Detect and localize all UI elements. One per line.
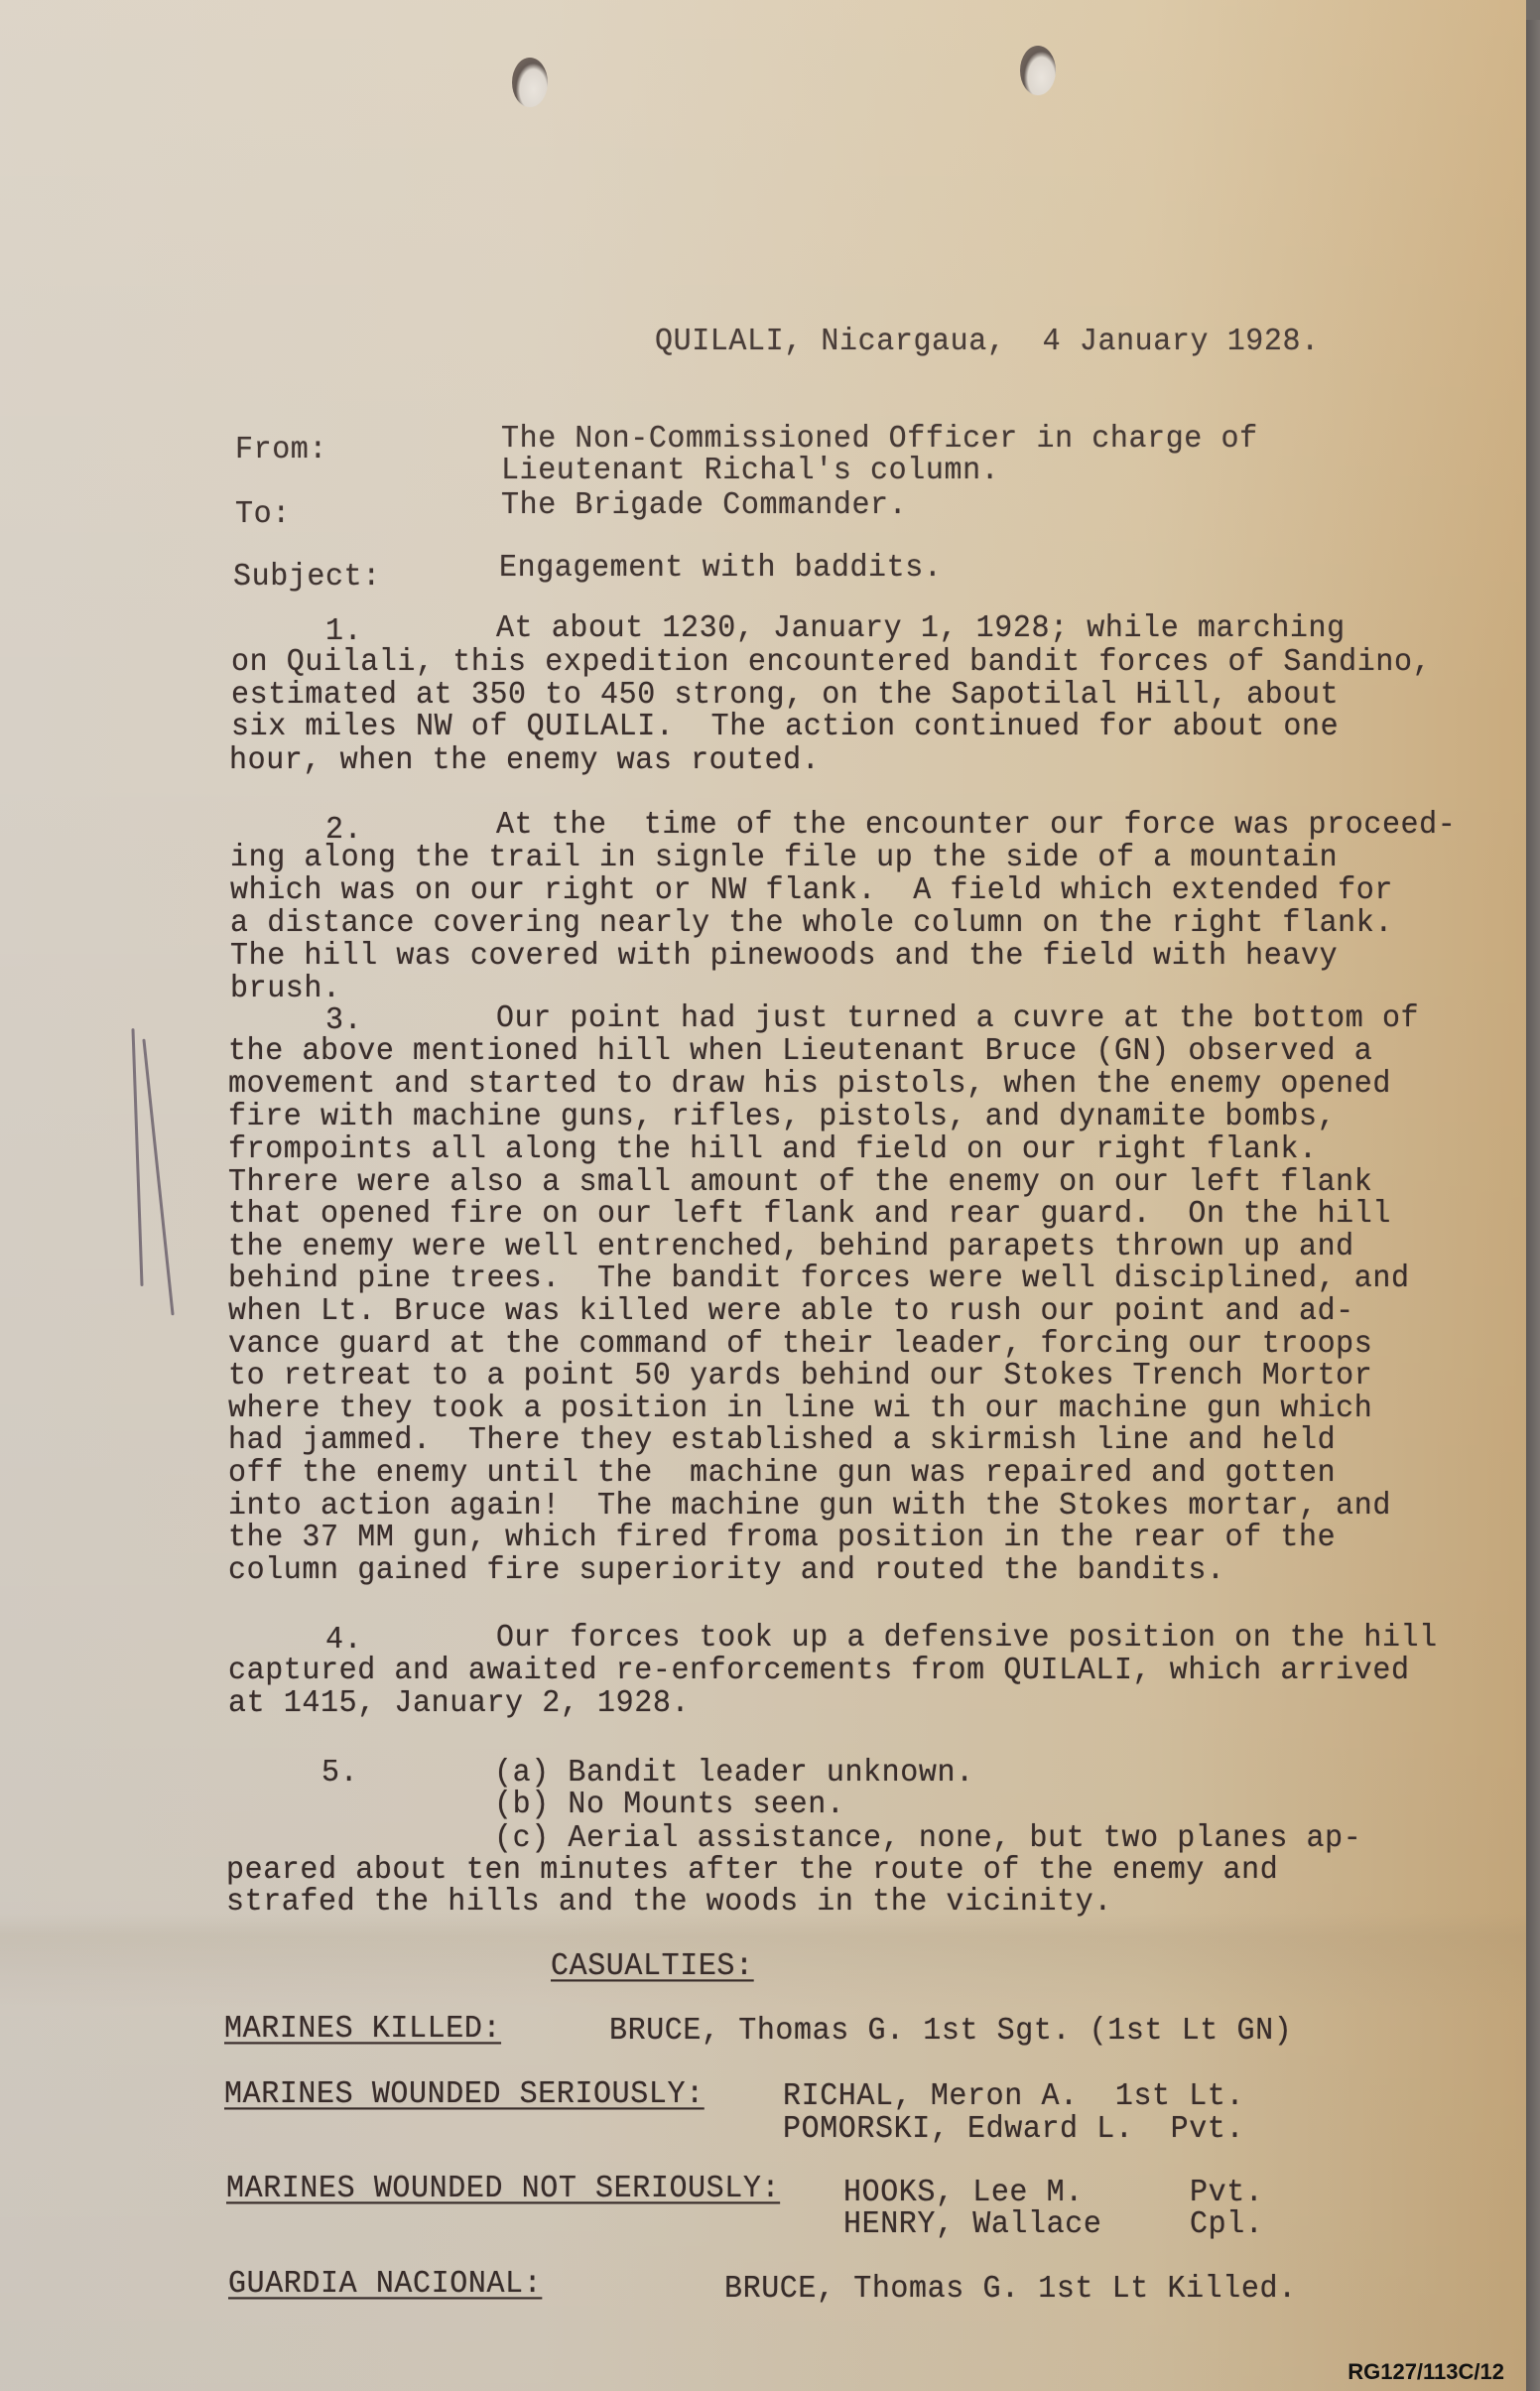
paragraph-1-number: 1. xyxy=(325,615,362,649)
casualty-entry-rank: Cpl. xyxy=(1190,2208,1263,2242)
paragraph-2-line: a distance covering nearly the whole col… xyxy=(230,907,1393,941)
marines-killed-label: MARINES KILLED: xyxy=(224,2013,501,2047)
paragraph-3-line: had jammed. There they established a ski… xyxy=(228,1424,1336,1458)
paragraph-5-item-c-continued: strafed the hills and the woods in the v… xyxy=(226,1886,1112,1920)
punch-hole-right xyxy=(1020,46,1056,95)
paragraph-3-line: the 37 MM gun, which fired froma positio… xyxy=(228,1522,1336,1555)
paragraph-5-item-c-continued: peared about ten minutes after the route… xyxy=(226,1854,1278,1888)
from-value-line2: Lieutenant Richal's column. xyxy=(501,455,999,488)
paragraph-3-line: the above mentioned hill when Lieutenant… xyxy=(228,1035,1372,1069)
paragraph-1-line: hour, when the enemy was routed. xyxy=(229,744,820,778)
paragraph-3-line: movement and started to draw his pistols… xyxy=(228,1068,1391,1102)
subject-label: Subject: xyxy=(233,561,381,595)
paragraph-4-line: Our forces took up a defensive position … xyxy=(496,1622,1438,1656)
marines-wounded-seriously-label: MARINES WOUNDED SERIOUSLY: xyxy=(224,2078,705,2112)
paragraph-2-line: The hill was covered with pinewoods and … xyxy=(230,940,1338,974)
casualty-entry-name: HOOKS, Lee M. xyxy=(843,2177,1084,2210)
casualty-entry: BRUCE, Thomas G. 1st Lt Killed. xyxy=(724,2273,1297,2307)
paragraph-4-line: captured and awaited re-enforcements fro… xyxy=(228,1655,1410,1688)
paragraph-3-line: behind pine trees. The bandit forces wer… xyxy=(228,1262,1410,1296)
casualty-entry: RICHAL, Meron A. 1st Lt. xyxy=(783,2080,1244,2114)
place-date-line: QUILALI, Nicargaua, 4 January 1928. xyxy=(655,326,1320,359)
paragraph-3-line: frompoints all along the hill and field … xyxy=(228,1133,1318,1167)
punch-hole-left xyxy=(512,58,548,107)
page-edge-shadow xyxy=(1526,20,1540,2391)
archive-reference-label: RG127/113C/12 xyxy=(1347,2359,1504,2385)
guardia-nacional-label: GUARDIA NACIONAL: xyxy=(228,2268,542,2302)
pencil-margin-mark xyxy=(142,1039,174,1316)
from-label: From: xyxy=(235,434,327,467)
to-value: The Brigade Commander. xyxy=(501,489,907,523)
paragraph-3-line: fire with machine guns, rifles, pistols,… xyxy=(228,1101,1336,1134)
paragraph-3-line: Threre were also a small amount of the e… xyxy=(228,1166,1372,1200)
paragraph-3-line: the enemy were well entrenched, behind p… xyxy=(228,1231,1354,1264)
to-label: To: xyxy=(235,498,291,532)
paragraph-2-line: which was on our right or NW flank. A fi… xyxy=(230,874,1393,908)
paragraph-3-line: that opened fire on our left flank and r… xyxy=(228,1198,1391,1232)
paragraph-3-line: to retreat to a point 50 yards behind ou… xyxy=(228,1360,1372,1394)
paragraph-1-line: At about 1230, January 1, 1928; while ma… xyxy=(496,612,1346,646)
paragraph-1-line: estimated at 350 to 450 strong, on the S… xyxy=(231,679,1339,713)
paragraph-1-line: six miles NW of QUILALI. The action cont… xyxy=(231,711,1339,744)
paragraph-2-line: ing along the trail in signle file up th… xyxy=(230,842,1338,875)
casualty-entry: BRUCE, Thomas G. 1st Sgt. (1st Lt GN) xyxy=(609,2015,1292,2049)
casualty-entry-rank: Pvt. xyxy=(1190,2177,1263,2210)
paragraph-3-line: Our point had just turned a cuvre at the… xyxy=(496,1002,1419,1036)
paragraph-3-line: into action again! The machine gun with … xyxy=(228,1490,1391,1524)
casualty-entry: POMORSKI, Edward L. Pvt. xyxy=(783,2113,1244,2147)
paragraph-3-line: when Lt. Bruce was killed were able to r… xyxy=(228,1295,1354,1329)
paragraph-3-line: column gained fire superiority and route… xyxy=(228,1554,1225,1588)
subject-value: Engagement with baddits. xyxy=(499,552,942,586)
paragraph-1-line: on Quilali, this expedition encountered … xyxy=(231,646,1431,680)
marines-wounded-not-seriously-label: MARINES WOUNDED NOT SERIOUSLY: xyxy=(226,2173,780,2206)
pencil-margin-mark xyxy=(131,1028,143,1286)
paragraph-3-number: 3. xyxy=(325,1004,362,1038)
from-value-line1: The Non-Commissioned Officer in charge o… xyxy=(501,423,1258,457)
paragraph-5-item-b: (b) No Mounts seen. xyxy=(494,1789,844,1822)
paragraph-4-number: 4. xyxy=(325,1624,362,1658)
paragraph-2-line: brush. xyxy=(230,973,341,1006)
paragraph-3-line: off the enemy until the machine gun was … xyxy=(228,1457,1336,1491)
document-page: QUILALI, Nicargaua, 4 January 1928. From… xyxy=(0,0,1526,2391)
paragraph-2-line: At the time of the encounter our force w… xyxy=(496,809,1456,843)
paragraph-5-number: 5. xyxy=(321,1757,358,1791)
casualty-entry-name: HENRY, Wallace xyxy=(843,2208,1101,2242)
paragraph-4-line: at 1415, January 2, 1928. xyxy=(228,1687,690,1721)
paragraph-5-item-c: (c) Aerial assistance, none, but two pla… xyxy=(494,1822,1361,1856)
paragraph-3-line: where they took a position in line wi th… xyxy=(228,1393,1372,1426)
paragraph-5-item-a: (a) Bandit leader unknown. xyxy=(494,1757,974,1791)
paragraph-3-line: vance guard at the command of their lead… xyxy=(228,1328,1372,1362)
casualties-heading: CASUALTIES: xyxy=(551,1950,754,1984)
